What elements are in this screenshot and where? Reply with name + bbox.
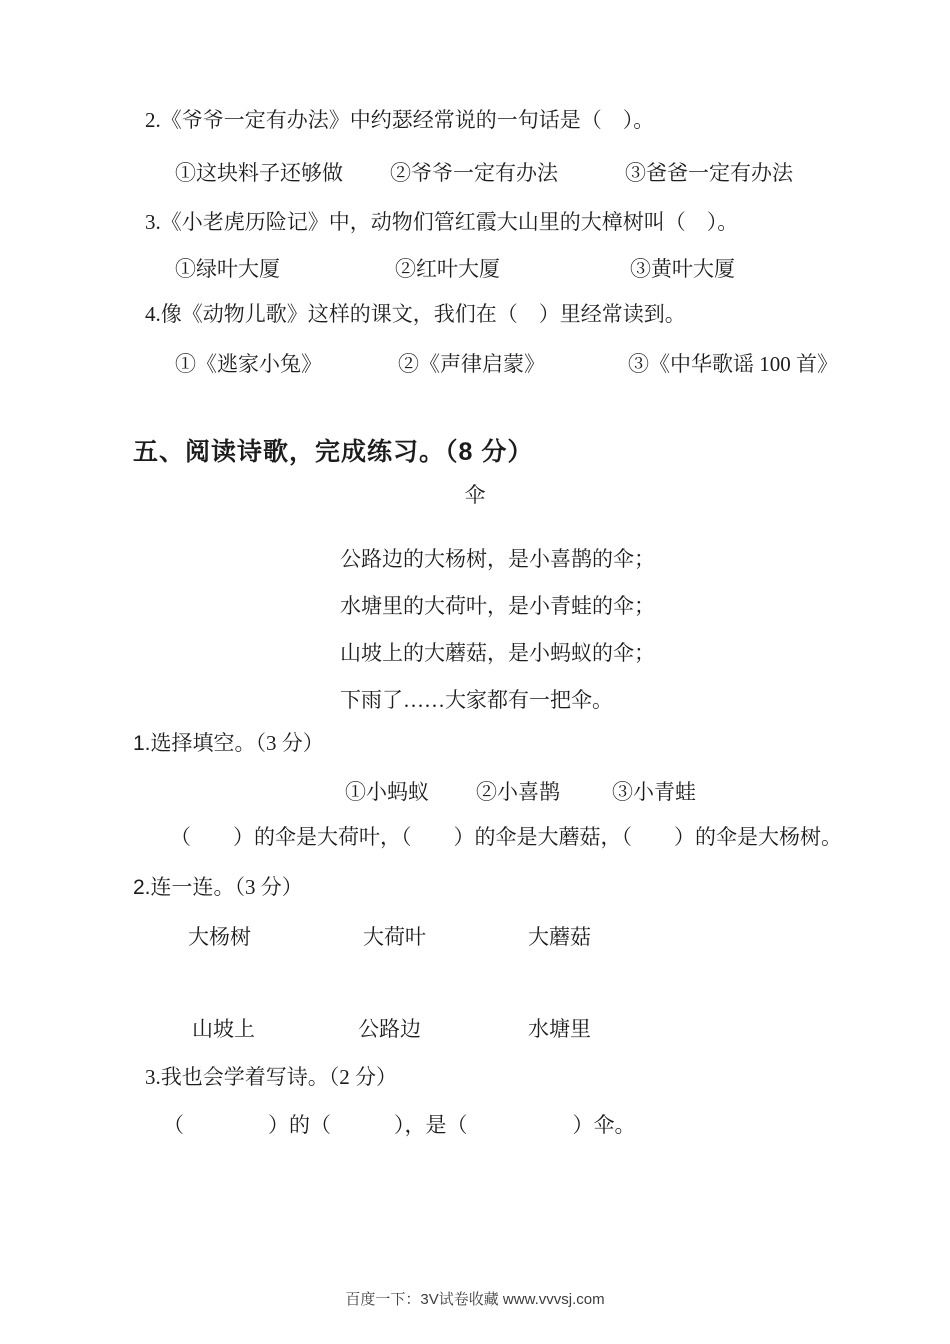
poem-line: 山坡上的大蘑菇，是小蚂蚁的伞；	[340, 640, 655, 666]
test-paper-page: 2.《爷爷一定有办法》中约瑟经常说的一句话是（ ）。 ①这块料子还够做 ②爷爷一…	[0, 0, 950, 1344]
poem-line: 水塘里的大荷叶，是小青蛙的伞；	[340, 593, 655, 619]
sub-question-1-option-1: ①小蚂蚁	[345, 779, 429, 805]
sub-question-3-text: 我也会学着写诗。（2 分）	[161, 1065, 397, 1089]
question-4-option-2: ②《声律启蒙》	[398, 351, 545, 377]
question-2-option-1: ①这块料子还够做	[175, 160, 343, 186]
connect-word-big-lotus-leaf: 大荷叶	[363, 924, 426, 950]
sub-question-1-option-3: ③小青蛙	[612, 779, 696, 805]
sub-question-3-label: 3.我也会学着写诗。（2 分）	[145, 1064, 397, 1090]
question-3-option-1: ①绿叶大厦	[175, 256, 280, 282]
sub-question-1-option-2: ②小喜鹊	[476, 779, 560, 805]
question-3-stem: 3.《小老虎历险记》中，动物们管红霞大山里的大樟树叫（ ）。	[145, 209, 738, 235]
question-2-option-3: ③爸爸一定有办法	[625, 160, 793, 186]
question-3-option-3: ③黄叶大厦	[630, 256, 735, 282]
question-4-option-1: ①《逃家小兔》	[175, 351, 322, 377]
connect-word-roadside: 公路边	[358, 1016, 421, 1042]
footer-watermark: 百度一下：3V试卷收藏 www.vvvsj.com	[0, 1291, 950, 1310]
poem-line: 下雨了……大家都有一把伞。	[340, 687, 613, 713]
sub-question-1-text: 选择填空。（3 分）	[151, 731, 324, 755]
question-4-option-3: ③《中华歌谣 100 首》	[628, 351, 838, 377]
sub-question-1-number: 1.	[133, 732, 151, 755]
sub-question-3-fill-line: （ ）的（ ），是（ ）伞。	[163, 1112, 636, 1138]
sub-question-3-number: 3.	[145, 1065, 161, 1089]
connect-word-pond: 水塘里	[528, 1016, 591, 1042]
connect-word-big-poplar: 大杨树	[188, 924, 251, 950]
sub-question-1-label: 1.选择填空。（3 分）	[133, 730, 324, 757]
sub-question-1-fill-line: （ ）的伞是大荷叶，（ ）的伞是大蘑菇，（ ）的伞是大杨树。	[170, 824, 842, 850]
question-3-option-2: ②红叶大厦	[395, 256, 500, 282]
sub-question-2-number: 2.	[133, 876, 151, 899]
question-2-option-2: ②爷爷一定有办法	[390, 160, 558, 186]
connect-word-big-mushroom: 大蘑菇	[528, 924, 591, 950]
poem-line: 公路边的大杨树，是小喜鹊的伞；	[340, 546, 655, 572]
question-2-stem: 2.《爷爷一定有办法》中约瑟经常说的一句话是（ ）。	[145, 107, 654, 133]
connect-word-hillside: 山坡上	[192, 1016, 255, 1042]
question-4-stem: 4.像《动物儿歌》这样的课文，我们在（ ）里经常读到。	[145, 301, 686, 327]
sub-question-2-text: 连一连。（3 分）	[151, 875, 303, 899]
sub-question-2-label: 2.连一连。（3 分）	[133, 874, 303, 901]
section-five-heading: 五、阅读诗歌，完成练习。（8 分）	[133, 437, 533, 468]
poem-title: 伞	[0, 482, 950, 508]
